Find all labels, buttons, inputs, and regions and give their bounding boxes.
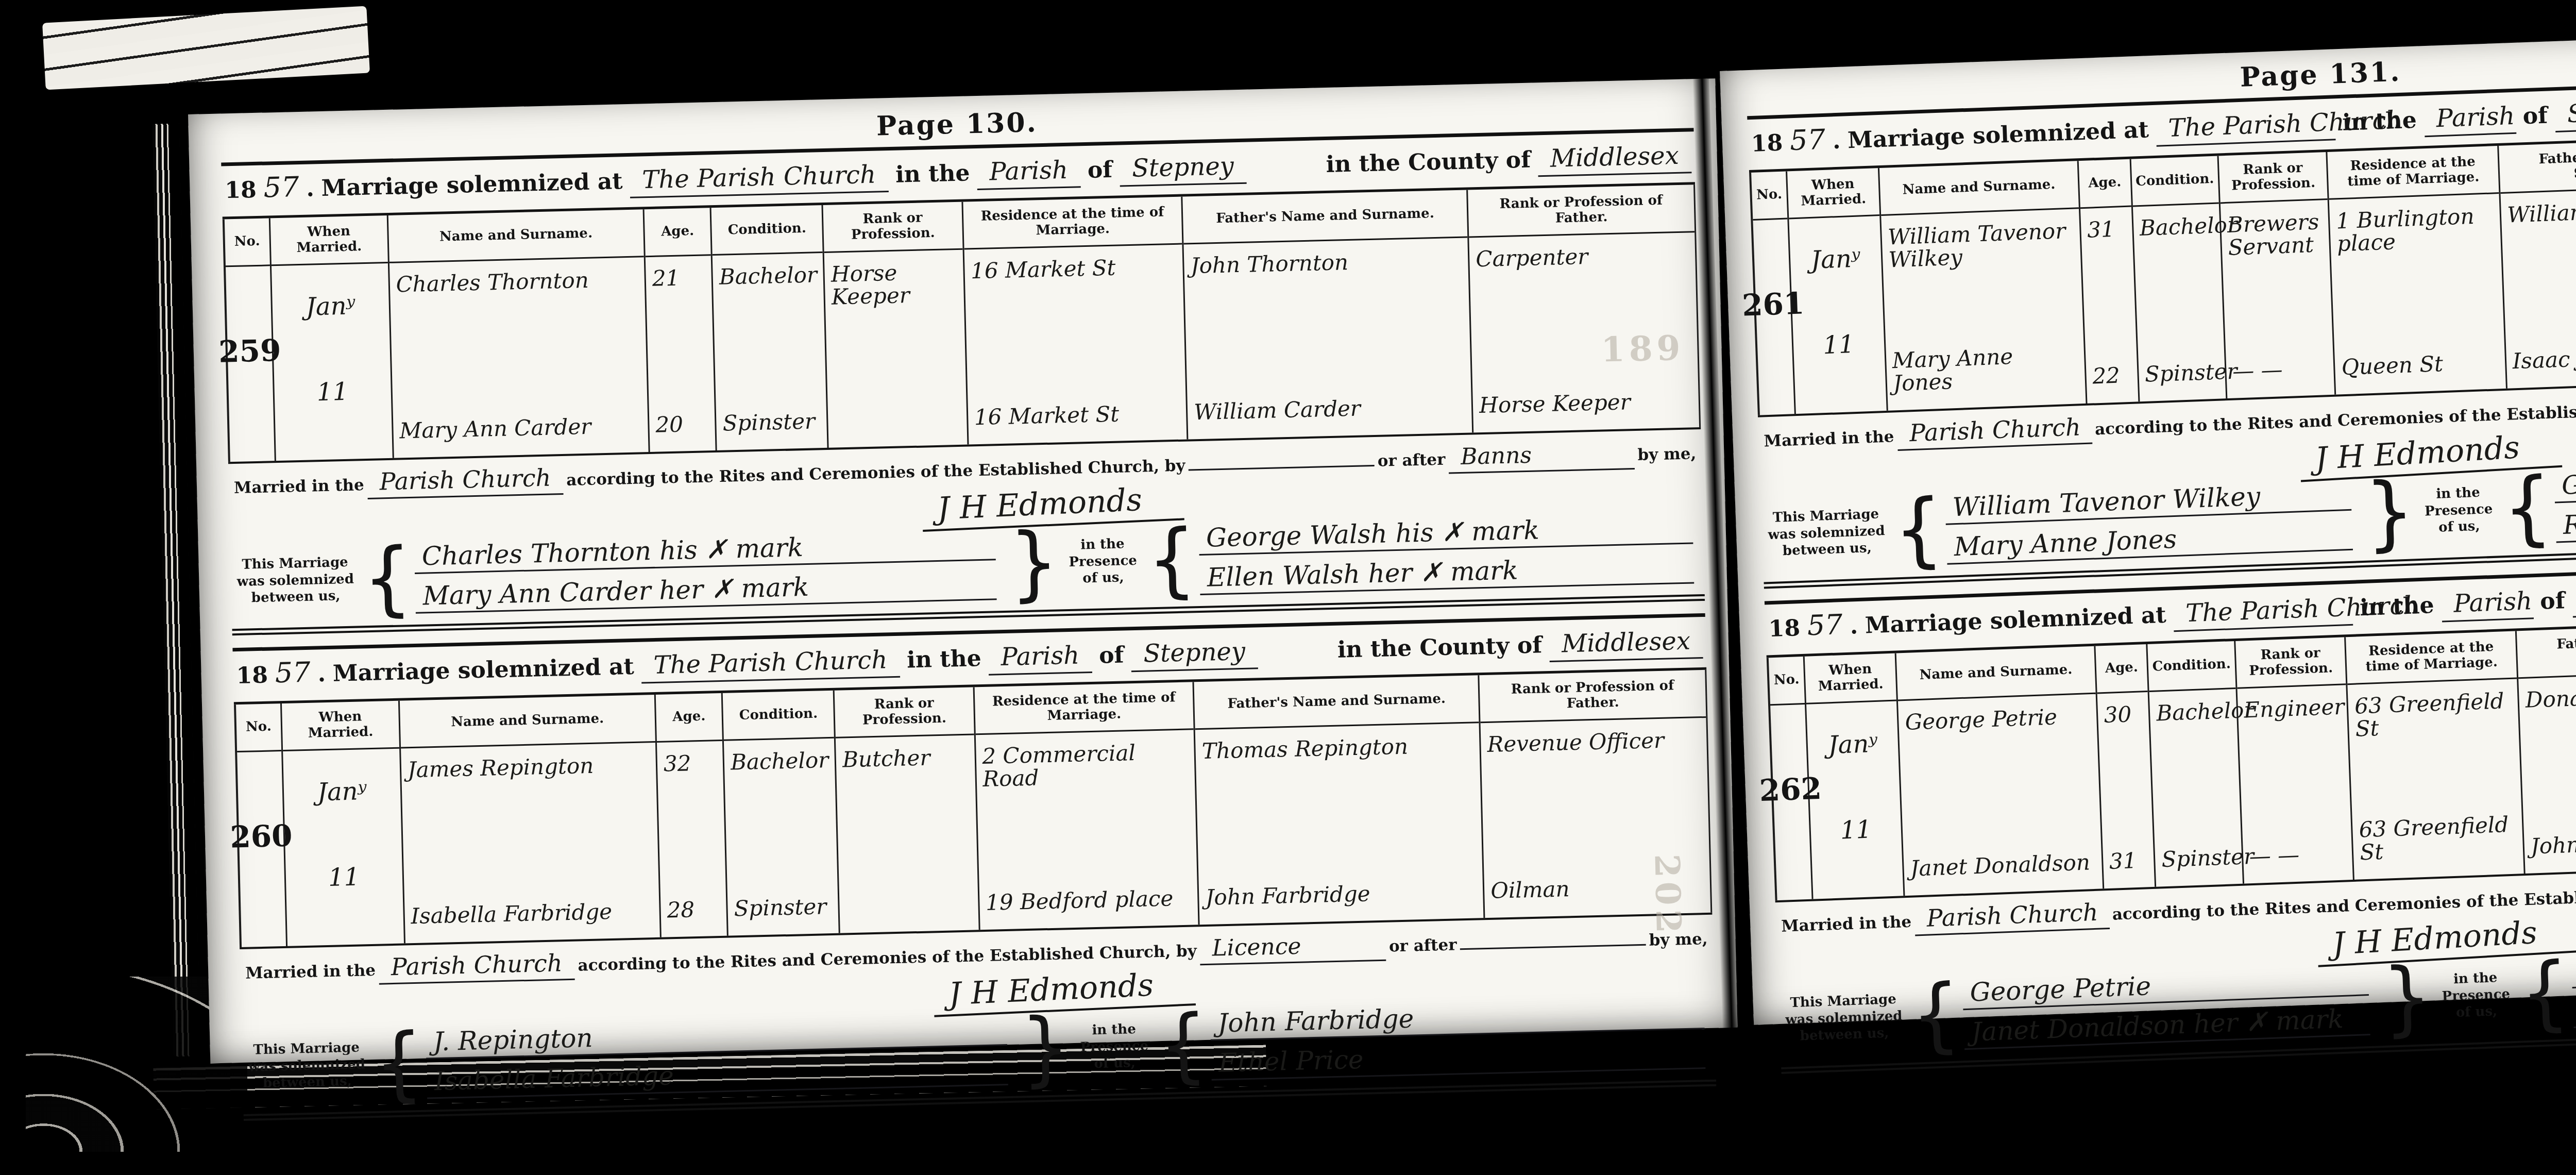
brace-close-icon: } (1017, 1007, 1074, 1089)
married-in-church-handwritten: Parish Church (1914, 898, 2110, 936)
by-me-label: by me, (1634, 444, 1700, 464)
solemnized-between-us-label: This Marriage was solemnized between us, (242, 1039, 371, 1092)
when-married-month: Janʸ (1828, 729, 1878, 760)
column-when-married: When Married. Janʸ 11 (282, 701, 405, 946)
column-header-residence: Residence at the time of Marriage. (974, 682, 1194, 735)
bride-name: Mary Ann Carder (399, 414, 642, 442)
column-condition: Condition. Bachelor Spinster (2131, 156, 2227, 401)
cell-when-married: Janʸ 11 (272, 263, 392, 435)
groom-name: James Repington (407, 753, 650, 781)
year-period: . (1832, 128, 1841, 155)
of-label: of (1087, 157, 1112, 183)
column-header-name-surname: Name and Surname. (1879, 161, 2078, 216)
couple-signatures: J. Repington Isabella Farbridge (426, 1013, 1019, 1099)
year-period: . (317, 661, 326, 687)
solemnized-between-us-label: This Marriage was solemnized between us, (1761, 506, 1892, 560)
cell-father-names: Thomas Repington John Farbridge (1195, 723, 1484, 925)
cell-father-names: William Wilkey Isaac Jones (2500, 186, 2576, 389)
column-header-age: Age. (656, 693, 722, 743)
column-when-married: When Married. Janʸ 11 (1805, 653, 1905, 899)
column-residence: Residence at the time of Marriage. 1 Bur… (2328, 146, 2507, 395)
cell-names: James Repington Isabella Farbridge (401, 743, 660, 944)
witness-signature-2: Rachell Fines (2555, 498, 2576, 543)
cell-residences: 1 Burlington place Queen St (2329, 194, 2506, 395)
cell-conditions: Bachelor Spinster (713, 253, 827, 450)
witness-signatures: John Farbridge Ethel Price (1210, 997, 1716, 1081)
bride-father-name: William Carder (1194, 395, 1466, 424)
groom-condition: Bachelor (731, 749, 829, 774)
column-header-condition: Condition. (711, 205, 823, 256)
county-handwritten: Middlesex (1549, 626, 1703, 662)
column-header-when-married: When Married. (1787, 168, 1879, 219)
column-father-rank: Rank or Profession of Father. Carpenter … (1468, 184, 1701, 432)
groom-age: 21 (652, 266, 705, 290)
stacked-page-edge-top (42, 6, 370, 90)
year-period: . (306, 175, 315, 202)
cell-names: George Petrie Janet Donaldson (1898, 694, 2103, 896)
page-content: Page 130. 18 57 . Marriage solemnized at… (188, 78, 1739, 1121)
marriage-solemnized-label: Marriage solemnized at (321, 168, 623, 202)
brace-close-icon: } (2361, 471, 2419, 554)
column-header-rank-profession: Rank or Profession. (2235, 637, 2346, 689)
brace-close-icon: } (1006, 522, 1063, 605)
cell-ranks: Horse Keeper (824, 250, 967, 448)
cell-ages: 21 20 (646, 256, 716, 452)
cell-entry-number: 260 (237, 751, 285, 921)
witness-signatures: George Walsh his ✗ mark Ellen Walsh her … (1198, 511, 1704, 595)
column-header-age: Age. (2078, 159, 2131, 209)
groom-condition: Bachelor (2139, 214, 2214, 240)
marriage-solemnized-label: Marriage solemnized at (332, 653, 634, 687)
when-married-day: 11 (1822, 330, 1855, 360)
parish-handwritten: Parish (2424, 102, 2516, 137)
groom-condition: Bachelor (719, 263, 817, 289)
groom-residence: 2 Commercial Road (982, 741, 1189, 791)
column-rank-profession: Rank or Profession. Horse Keeper (823, 202, 969, 448)
groom-rank: Engineer (2244, 696, 2341, 722)
year-printed-prefix: 18 (1768, 615, 1801, 642)
cell-ranks: Engineer — — (2237, 685, 2353, 883)
column-when-married: When Married. Janʸ 11 (270, 215, 394, 461)
column-rank-profession: Rank or Profession. Butcher (835, 687, 980, 933)
cell-ranks: Brewers Servant — — (2221, 200, 2335, 398)
in-the-label: in the (907, 645, 982, 673)
cell-conditions: Bachelor Spinster (2132, 204, 2226, 402)
groom-father-name: Donald Petrie (2525, 681, 2576, 711)
register-table: No. 262 When Married. Janʸ 11 Name and S… (1767, 614, 2576, 902)
cell-father-names: Donald Petrie John Donaldson (2518, 671, 2576, 874)
bride-rank (835, 429, 960, 432)
cell-names: William Tavenor Wilkey Mary Anne Jones (1881, 209, 2086, 411)
column-header-father-rank: Rank or Profession of Father. (1480, 670, 1706, 723)
year-printed-prefix: 18 (1751, 130, 1783, 157)
when-married-day: 11 (1840, 815, 1872, 845)
presence-of-us-label: in the Presence of us, (2434, 969, 2518, 1022)
year-printed-prefix: 18 (236, 662, 268, 689)
groom-father-rank: Revenue Officer (1487, 728, 1701, 756)
column-no: No. 259 (223, 218, 276, 462)
marriage-entry: 18 57 . Marriage solemnized at The Paris… (1747, 75, 2576, 589)
groom-rank: Brewers Servant (2227, 210, 2324, 259)
bride-residence: 16 Market St (974, 401, 1180, 429)
column-header-residence: Residence at the time of Marriage. (2328, 146, 2499, 200)
column-name-surname: Name and Surname. James Repington Isabel… (400, 695, 662, 944)
bride-rank: — — (2232, 357, 2328, 383)
column-header-name-surname: Name and Surname. (400, 695, 655, 749)
column-header-no: No. (236, 703, 281, 752)
bride-signature: Isabella Farbridge (427, 1053, 1008, 1099)
year-handwritten: 57 (275, 656, 311, 690)
couple-signatures: Charles Thornton his ✗ mark Mary Ann Car… (414, 528, 1007, 614)
column-header-residence: Residence at the time of Marriage. (2346, 631, 2517, 685)
bride-age: 31 (2109, 849, 2148, 873)
brace-open-icon: { (2516, 951, 2574, 1034)
column-header-father-name: Father's Name and Surname. (2517, 623, 2576, 679)
county-of-label: in the County of (1326, 147, 1531, 178)
in-the-label: in the (2359, 592, 2434, 621)
church-handwritten: The Parish Church (641, 645, 900, 684)
bride-rank (846, 915, 972, 918)
marriage-entry: 18 57 . Marriage solemnized at The Paris… (232, 613, 1716, 1121)
column-father-name: Father's Name and Surname. William Wilke… (2499, 138, 2576, 389)
register-page-right: Page 131. 18 57 . Marriage solemnized at… (1720, 28, 2576, 1025)
brace-close-icon: } (2378, 956, 2436, 1039)
bride-age: 22 (2092, 364, 2131, 388)
witness-signatures: George Josephs Rachell Fines (2554, 458, 2576, 543)
presence-of-us-label: in the Presence of us, (1073, 1021, 1156, 1073)
cell-when-married: Janʸ 11 (1789, 216, 1885, 388)
column-father-name: Father's Name and Surname. Donald Petrie… (2517, 623, 2576, 874)
register-table: No. 259 When Married. Janʸ 11 Name and S… (223, 182, 1701, 464)
year-handwritten: 57 (1807, 608, 1843, 642)
groom-father-name: John Thornton (1190, 248, 1462, 277)
year-handwritten: 57 (263, 171, 299, 204)
entry-number: 259 (218, 333, 281, 370)
or-after-label: or after (1385, 935, 1460, 955)
brace-open-icon: { (359, 537, 416, 619)
by-handwritten (1189, 463, 1375, 471)
marriage-solemnized-label: Marriage solemnized at (1847, 116, 2149, 154)
column-header-father-rank: Rank or Profession of Father. (1468, 184, 1694, 238)
bride-name: Isabella Farbridge (411, 899, 653, 928)
column-no: No. 260 (234, 703, 287, 947)
column-header-rank-profession: Rank or Profession. (823, 202, 962, 253)
parish-place-handwritten: Stepney (2554, 96, 2576, 132)
after-handwritten: Banns (1448, 440, 1635, 474)
witness-signature-2: Ethel Price (1211, 1036, 1705, 1081)
bride-condition: Spinster (722, 410, 821, 435)
when-married-month: Janʸ (1810, 244, 1861, 274)
brace-open-icon: { (1155, 1004, 1212, 1086)
column-header-condition: Condition. (2148, 641, 2235, 692)
column-header-residence: Residence at the time of Marriage. (963, 197, 1182, 250)
when-married-month: Janʸ (317, 777, 367, 807)
married-in-church-handwritten: Parish Church (378, 949, 575, 985)
entries-left: 18 57 . Marriage solemnized at The Paris… (221, 128, 1716, 1121)
column-header-condition: Condition. (723, 691, 834, 741)
bride-father-name: Isaac Jones (2512, 343, 2576, 373)
couple-signatures: George Petrie Janet Donaldson her ✗ mark (1962, 963, 2381, 1050)
bride-signature: Mary Ann Carder her ✗ mark (415, 567, 997, 614)
column-header-no: No. (1751, 172, 1787, 221)
cell-when-married: Janʸ 11 (283, 749, 403, 920)
header-spacer (1253, 172, 1319, 174)
when-married-day: 11 (316, 377, 348, 407)
year-handwritten: 57 (1789, 123, 1826, 157)
column-header-rank-profession: Rank or Profession. (2218, 152, 2328, 204)
column-header-rank-profession: Rank or Profession. (835, 687, 974, 738)
of-label: of (2539, 587, 2565, 615)
cell-residences: 63 Greenfield St 63 Greenfield St (2348, 679, 2524, 880)
bride-signature: Janet Donaldson her ✗ mark (1963, 1003, 2370, 1050)
bride-age: 20 (655, 412, 709, 437)
groom-rank: Butcher (842, 746, 969, 771)
of-label: of (1098, 642, 1124, 669)
brace-open-icon: { (1143, 518, 1200, 601)
cell-conditions: Bachelor Spinster (2149, 689, 2243, 887)
groom-condition: Bachelor (2156, 699, 2231, 725)
cell-ranks: Butcher (836, 735, 978, 933)
column-residence: Residence at the time of Marriage. 2 Com… (974, 682, 1200, 930)
groom-age: 31 (2087, 217, 2126, 242)
column-condition: Condition. Bachelor Spinster (711, 205, 829, 450)
cell-entry-number: 259 (226, 266, 274, 436)
column-rank-profession: Rank or Profession. Engineer — — (2235, 637, 2355, 883)
groom-residence: 16 Market St (971, 255, 1177, 282)
parish-handwritten: Parish (988, 641, 1092, 676)
after-handwritten (1460, 942, 1646, 950)
year-printed-prefix: 18 (225, 177, 257, 204)
cell-names: Charles Thornton Mary Ann Carder (389, 257, 649, 458)
column-age: Age. 31 22 (2078, 159, 2140, 404)
parish-handwritten: Parish (2441, 586, 2533, 622)
solemnized-between-us-label: This Marriage was solemnized between us, (230, 554, 360, 607)
cell-ages: 30 31 (2097, 692, 2155, 888)
column-father-name: Father's Name and Surname. Thomas Reping… (1194, 675, 1485, 925)
bride-condition: Spinster (734, 895, 832, 920)
married-in-church-handwritten: Parish Church (367, 463, 564, 499)
brace-open-icon: { (370, 1022, 428, 1105)
church-handwritten: The Parish Church (2173, 593, 2353, 632)
column-name-surname: Name and Surname. Charles Thornton Mary … (388, 209, 650, 458)
header-spacer (1265, 658, 1330, 659)
column-header-age: Age. (2095, 644, 2148, 694)
bride-signature: Mary Anne Jones (1946, 518, 2353, 565)
groom-name: William Tavenor Wilkey (1887, 220, 2074, 272)
column-age: Age. 32 28 (656, 693, 728, 937)
solemnized-between-us-label: This Marriage was solemnized between us, (1778, 991, 1909, 1045)
column-condition: Condition. Bachelor Spinster (2148, 641, 2244, 887)
entries-right: 18 57 . Marriage solemnized at The Paris… (1747, 75, 2576, 1074)
bride-rank: — — (2249, 842, 2346, 868)
in-the-label: in the (895, 160, 970, 188)
column-header-father-name: Father's Name and Surname. (1194, 675, 1479, 730)
pencil-stamp: 189 (1601, 328, 1685, 370)
column-header-age: Age. (645, 208, 711, 257)
column-header-no: No. (225, 218, 270, 267)
pencil-stamp: 202 (1647, 853, 1689, 938)
register-page-left: Page 130. 18 57 . Marriage solemnized at… (188, 78, 1738, 1063)
groom-residence: 1 Burlington place (2336, 204, 2495, 255)
column-header-when-married: When Married. (1805, 653, 1897, 704)
column-age: Age. 30 31 (2095, 644, 2156, 888)
groom-residence: 63 Greenfield St (2354, 690, 2513, 741)
brace-open-icon: { (2498, 466, 2556, 549)
column-rank-profession: Rank or Profession. Brewers Servant — — (2218, 152, 2336, 398)
bride-age: 28 (667, 898, 720, 922)
cell-when-married: Janʸ 11 (1806, 701, 1903, 874)
married-in-label: Married in the (1760, 427, 1897, 450)
cell-ages: 32 28 (657, 741, 727, 937)
cell-entry-number: 261 (1753, 219, 1793, 389)
church-handwritten: The Parish Church (2156, 108, 2336, 146)
bride-name: Janet Donaldson (1910, 851, 2096, 880)
column-name-surname: Name and Surname. William Tavenor Wilkey… (1879, 161, 2087, 411)
of-label: of (2522, 103, 2548, 130)
marriage-entry: 18 57 . Marriage solemnized at The Paris… (1765, 560, 2576, 1074)
column-header-father-name: Father's Name and Surname. (1183, 190, 1468, 245)
brace-open-icon: { (1889, 488, 1947, 571)
register-table: No. 261 When Married. Janʸ 11 Name and S… (1749, 129, 2576, 417)
in-the-label: in the (2342, 107, 2417, 136)
column-name-surname: Name and Surname. George Petrie Janet Do… (1896, 646, 2104, 896)
column-father-name: Father's Name and Surname. John Thornton… (1183, 190, 1474, 440)
parish-place-handwritten: Stepney (1119, 152, 1246, 187)
couple-signatures: William Tavenor Wilkey Mary Anne Jones (1945, 478, 2363, 565)
bride-name: Mary Anne Jones (1892, 343, 2079, 395)
groom-father-rank: Carpenter (1476, 243, 1689, 271)
column-header-no: No. (1769, 657, 1805, 706)
column-residence: Residence at the time of Marriage. 16 Ma… (963, 197, 1189, 445)
column-header-when-married: When Married. (282, 701, 399, 751)
groom-age: 30 (2104, 702, 2143, 727)
entry-number: 260 (230, 818, 293, 855)
married-in-label: Married in the (231, 476, 368, 497)
presence-of-us-label: in the Presence of us, (1061, 535, 1145, 587)
groom-father-name: Thomas Repington (1201, 734, 1473, 763)
married-in-label: Married in the (1778, 913, 1915, 936)
column-header-name-surname: Name and Surname. (388, 209, 643, 263)
witness-signature-2: Ellen Walsh her ✗ mark (1199, 551, 1694, 595)
register-table: No. 260 When Married. Janʸ 11 Name and S… (234, 667, 1713, 949)
groom-age: 32 (663, 751, 717, 776)
column-header-father-name: Father's Name and Surname. (2499, 138, 2576, 194)
page-content: Page 131. 18 57 . Marriage solemnized at… (1720, 28, 2576, 1075)
cell-father-names: John Thornton William Carder (1184, 238, 1472, 440)
cell-residences: 2 Commercial Road 19 Bedford place (975, 730, 1198, 930)
by-handwritten: Licence (1199, 931, 1386, 965)
document-scan: { "scan": { "background_color": "#000000… (0, 0, 2576, 1175)
or-after-label: or after (1374, 450, 1448, 471)
cell-ages: 31 22 (2080, 207, 2138, 404)
marriage-entry: 18 57 . Marriage solemnized at The Paris… (221, 128, 1705, 635)
parish-place-handwritten: Stepney (1131, 636, 1258, 672)
bride-father-name: John Farbridge (1205, 880, 1477, 909)
county-handwritten: Middlesex (1537, 141, 1691, 177)
church-handwritten: The Parish Church (630, 160, 889, 198)
bride-condition: Spinster (2161, 846, 2236, 871)
column-header-name-surname: Name and Surname. (1896, 646, 2096, 701)
bride-condition: Spinster (2144, 361, 2219, 386)
groom-father-name: William Wilkey (2507, 196, 2576, 227)
column-age: Age. 21 20 (645, 208, 717, 452)
column-header-condition: Condition. (2131, 156, 2218, 207)
bride-residence: Queen St (2341, 350, 2499, 379)
presence-of-us-label: in the Presence of us, (2417, 484, 2501, 537)
county-of-label: in the County of (1337, 632, 1543, 663)
parish-handwritten: Parish (977, 155, 1081, 190)
groom-name: Charles Thornton (396, 268, 638, 296)
bride-father-rank: Horse Keeper (1479, 389, 1693, 417)
when-married-day: 11 (328, 863, 360, 892)
when-married-month: Janʸ (306, 291, 355, 321)
bride-father-name: John Donaldson (2530, 828, 2576, 858)
column-residence: Residence at the time of Marriage. 63 Gr… (2346, 631, 2525, 880)
marriage-solemnized-label: Marriage solemnized at (1865, 602, 2166, 639)
column-header-when-married: When Married. (270, 215, 388, 266)
cell-conditions: Bachelor Spinster (724, 738, 839, 936)
bride-residence: 19 Bedford place (986, 886, 1192, 914)
year-period: . (1850, 613, 1858, 640)
cell-entry-number: 262 (1770, 704, 1811, 875)
column-condition: Condition. Bachelor Spinster (723, 691, 840, 936)
groom-rank: Horse Keeper (831, 260, 957, 309)
brace-open-icon: { (1907, 973, 1965, 1056)
cell-residences: 16 Market St 16 Market St (964, 245, 1187, 445)
column-when-married: When Married. Janʸ 11 (1787, 168, 1888, 414)
married-in-church-handwritten: Parish Church (1896, 413, 2092, 451)
bride-residence: 63 Greenfield St (2359, 813, 2517, 864)
married-in-label: Married in the (242, 961, 379, 983)
parish-place-handwritten: Stepney (2572, 581, 2576, 618)
groom-name: George Petrie (1905, 704, 2091, 734)
